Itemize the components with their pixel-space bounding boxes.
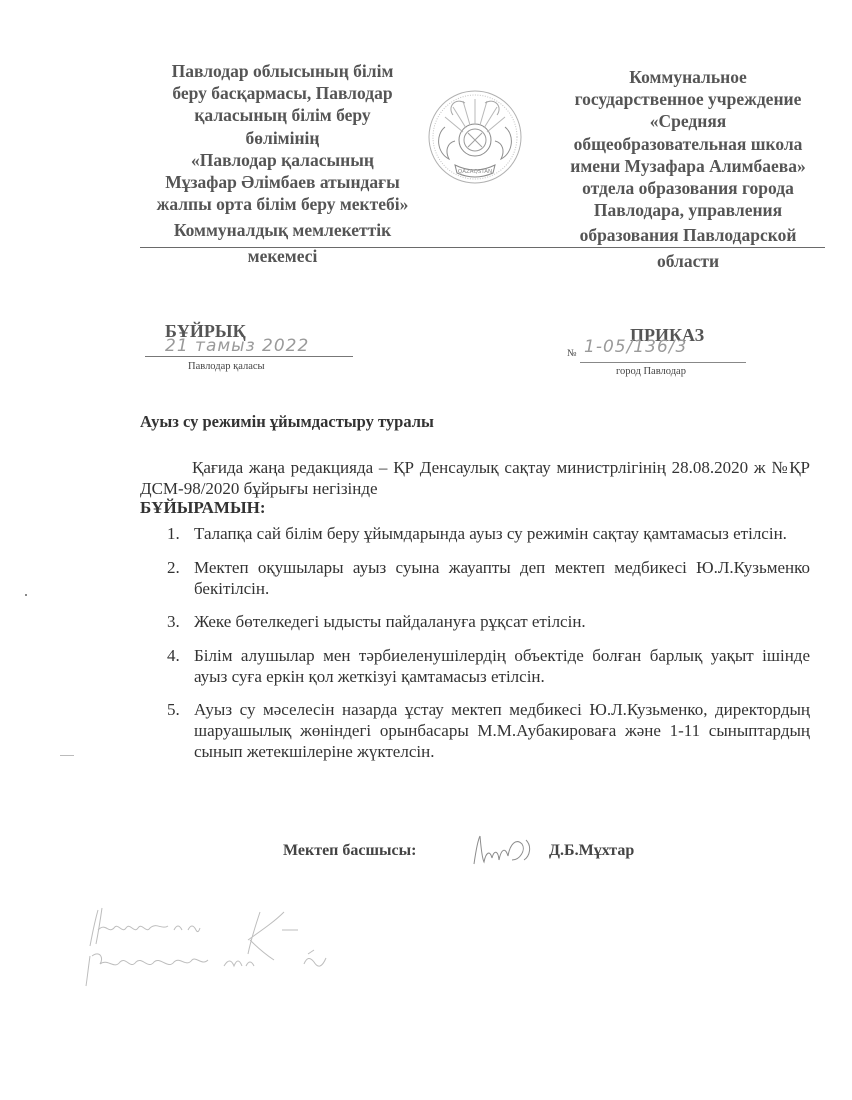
header-org-kz-line: Мұзафар Әлімбаев атындағы [140, 171, 425, 193]
header-org-kz: Павлодар облысының білім беру басқармасы… [140, 60, 425, 267]
kazakhstan-state-emblem-icon: QAZAQSTAN [425, 85, 525, 190]
order-command: БҰЙЫРАМЫН: [140, 498, 266, 518]
header-org-ru-line: Коммунальное [548, 66, 828, 88]
header-org-ru-line: отдела образования города [548, 177, 828, 199]
order-item-number: 3. [167, 611, 180, 632]
header-org-ru-line: общеобразовательная школа [548, 133, 828, 155]
signatory-role: Мектеп басшысы: [283, 842, 416, 860]
order-item: 2.Мектеп оқушылары ауыз суына жауапты де… [167, 557, 810, 599]
header-org-ru-line: Павлодара, управления [548, 199, 828, 221]
scan-mark [60, 755, 74, 756]
header-org-ru-line: области [548, 250, 828, 272]
order-item: 1.Талапқа сай білім беру ұйымдарында ауы… [167, 523, 810, 544]
order-preamble-text: Қағида жаңа редакцияда – ҚР Денсаулық са… [140, 458, 810, 498]
number-underline [580, 362, 746, 363]
order-preamble: Қағида жаңа редакцияда – ҚР Денсаулық са… [140, 457, 810, 499]
order-number-handwritten: 1-05/136/3 [584, 337, 687, 357]
header-org-kz-line: беру басқармасы, Павлодар [140, 82, 425, 104]
header-divider [140, 247, 825, 248]
scan-speck [25, 594, 27, 596]
order-item-number: 1. [167, 523, 180, 544]
header-org-kz-line: Коммуналдық мемлекеттік [140, 219, 425, 241]
order-item: 3.Жеке бөтелкедегі ыдысты пайдалануға рұ… [167, 611, 810, 632]
date-underline [145, 356, 353, 357]
order-date-handwritten: 21 тамыз 2022 [165, 336, 309, 356]
order-city-ru: город Павлодар [616, 366, 686, 377]
emblem-caption: QAZAQSTAN [458, 169, 492, 175]
order-item-text: Ауыз су мәселесін назарда ұстау мектеп м… [194, 700, 810, 761]
order-items: 1.Талапқа сай білім беру ұйымдарында ауы… [167, 523, 810, 775]
order-item-text: Білім алушылар мен тәрбиеленушілердің об… [194, 646, 810, 686]
header-org-ru-line: государственное учреждение [548, 88, 828, 110]
header-org-kz-line: жалпы орта білім беру мектебі» [140, 193, 425, 215]
handwritten-acknowledgement-signatures-icon [78, 900, 378, 995]
order-item-number: 2. [167, 557, 180, 578]
header-org-kz-line: қаласының білім беру [140, 104, 425, 126]
header-org-ru: Коммунальное государственное учреждение … [548, 66, 828, 272]
order-item: 4.Білім алушылар мен тәрбиеленушілердің … [167, 645, 810, 687]
order-item: 5.Ауыз су мәселесін назарда ұстау мектеп… [167, 699, 810, 762]
order-item-text: Мектеп оқушылары ауыз суына жауапты деп … [194, 558, 810, 598]
signatory-name: Д.Б.Мұхтар [549, 842, 634, 860]
header-org-kz-line: «Павлодар қаласының [140, 149, 425, 171]
order-subject: Ауыз су режимін ұйымдастыру туралы [140, 412, 434, 432]
order-number-label: № [567, 348, 577, 359]
order-item-number: 4. [167, 645, 180, 666]
order-item-text: Жеке бөтелкедегі ыдысты пайдалануға рұқс… [194, 612, 586, 631]
header-org-ru-line: имени Музафара Алимбаева» [548, 155, 828, 177]
header-org-ru-line: «Средняя [548, 110, 828, 132]
order-item-text: Талапқа сай білім беру ұйымдарында ауыз … [194, 524, 787, 543]
order-item-number: 5. [167, 699, 180, 720]
header-org-kz-line: Павлодар облысының білім [140, 60, 425, 82]
handwritten-signature-icon [468, 830, 538, 870]
header-org-ru-line: образования Павлодарской [548, 224, 828, 246]
header-org-kz-line: бөлімінің [140, 127, 425, 149]
order-city-kz: Павлодар қаласы [188, 361, 265, 372]
